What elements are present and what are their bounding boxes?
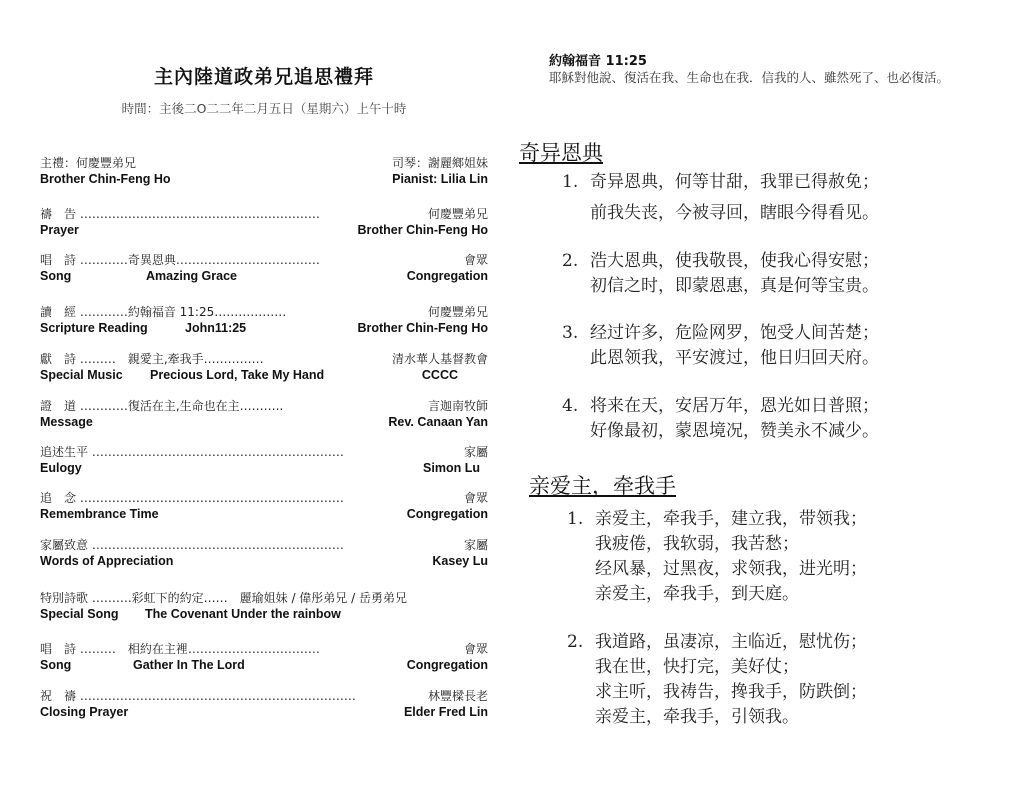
program-item-eulogy: 追述生平 ………………………………………………………家屬 EulogySimon… [40, 444, 488, 478]
pianist-en: Pianist: Lilia Lin [392, 171, 488, 187]
host-en: Brother Chin-Feng Ho [40, 171, 171, 187]
scripture-text: 耶穌對他說、復活在我、生命也在我．信我的人、雖然死了、也必復活。 [549, 69, 999, 87]
program-item-appreciation: 家屬致意 ………………………………………………………家屬 Words of Ap… [40, 537, 488, 571]
service-datetime: 時間：主後二O二二年二月五日（星期六）上午十時 [40, 99, 488, 117]
program-item-prayer: 禱 告 ……………………………………………………何慶豐弟兄 PrayerBrot… [40, 206, 488, 240]
page-title: 主內陸道政弟兄追思禮拜 [40, 62, 488, 89]
hymn-1-stanza-3: 3.经过许多，危险网罗，饱受人间苦楚； 此恩领我，平安渡过，他日归回天府。 [562, 321, 879, 371]
program-item-song: 唱 詩 …………奇異恩典………………………………會眾 SongAmazing G… [40, 252, 488, 286]
program-item-closing-song: 唱 詩 ……… 相約在主裡……………………………會眾 SongGather In… [40, 641, 488, 675]
hymn-title-amazing-grace: 奇异恩典 [519, 137, 603, 167]
program-item-remembrance: 追 念 …………………………………………………………會眾 Remembrance… [40, 490, 488, 524]
program-item-closing-prayer: 祝 禱 ……………………………………………………………林豐樑長老 Closing… [40, 688, 488, 722]
program-item-special-music: 獻 詩 ……… 親愛主,牽我手……………清水華人基督教會 Special Mus… [40, 351, 488, 385]
hymn-1-stanza-2: 2.浩大恩典，使我敬畏，使我心得安慰； 初信之时，即蒙恩惠，真是何等宝贵。 [562, 249, 879, 299]
scripture-reference: 約翰福音 11:25 [549, 50, 647, 69]
pianist-zh: 司琴：謝麗鄉姐妹 [392, 155, 488, 171]
program-item-scripture-reading: 讀 經 …………約翰福音 11:25………………何慶豐弟兄 Scripture … [40, 304, 488, 338]
hymn-1-stanza-4: 4.将来在天，安居万年，恩光如日普照； 好像最初，蒙恩境况，赞美永不减少。 [562, 394, 879, 444]
program-item-special-song: 特別詩歌 ……….彩虹下的約定…… 麗瑜姐妹 / 偉彤弟兄 / 岳勇弟兄 Spe… [40, 590, 488, 624]
hymn-title-precious-lord: 亲爱主，牵我手 [529, 470, 676, 500]
hymn-2-stanza-2: 2.我道路，虽凄凉，主临近，慰忧伤； 我在世，快打完，美好仗； 求主听，我祷告，… [567, 630, 867, 730]
host-zh: 主禮：何慶豐弟兄 [40, 155, 136, 171]
hymn-2-stanza-1: 1.亲爱主，牵我手，建立我，带领我； 我疲倦，我软弱，我苦愁； 经风暴，过黑夜，… [567, 507, 867, 607]
program-item-message: 證 道 …………復活在主,生命也在主………..言迦南牧師 MessageRev.… [40, 398, 488, 432]
officiants-row: 主禮：何慶豐弟兄 司琴：謝麗鄉姐妹 Brother Chin-Feng Ho P… [40, 155, 488, 189]
hymn-1-stanza-1: 1.奇异恩典，何等甘甜，我罪已得赦免； 前我失丧，今被寻回，瞎眼今得看见。 [562, 170, 879, 226]
